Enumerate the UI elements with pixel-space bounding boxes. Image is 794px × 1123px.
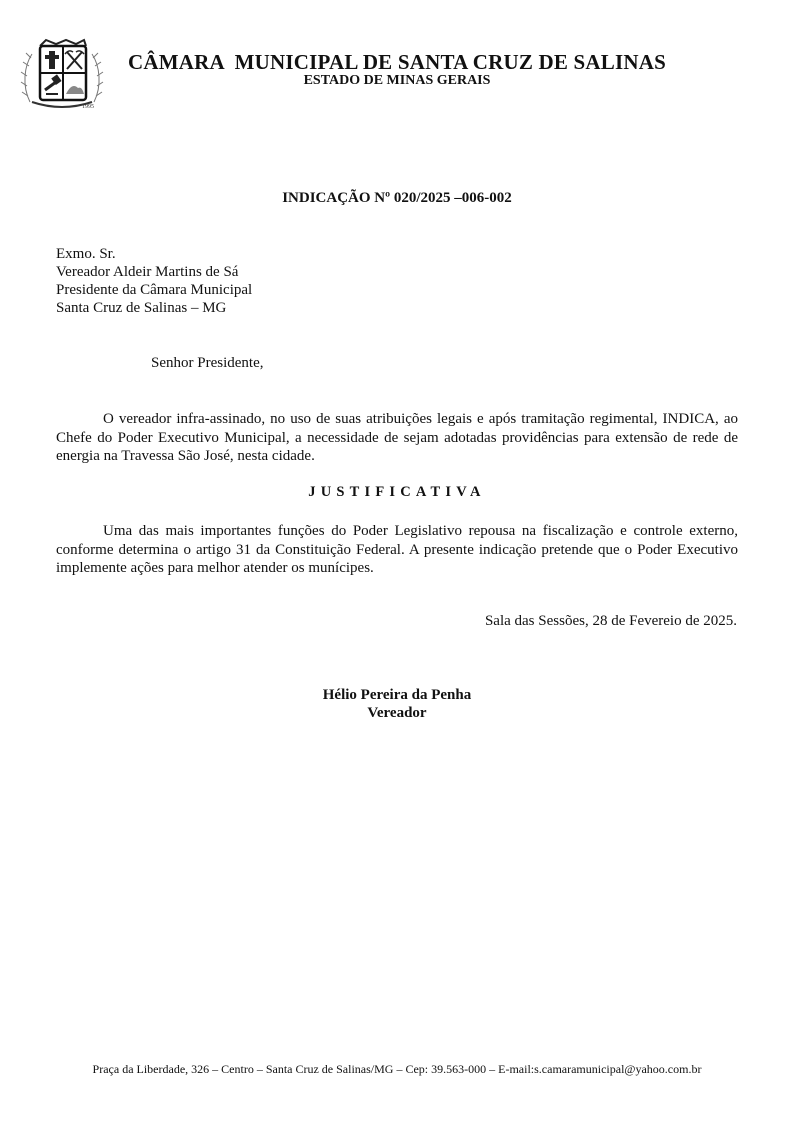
signatory-role: Vereador [56,705,738,722]
body-paragraph: O vereador infra-assinado, no uso de sua… [56,410,738,466]
state-name: ESTADO DE MINAS GERAIS [100,73,694,89]
justification-heading: JUSTIFICATIVA [56,484,738,501]
document-title: INDICAÇÃO Nº 020/2025 –006-002 [56,190,738,207]
address-line-salutation: Exmo. Sr. [56,245,116,263]
chamber-name: CÂMARA MUNICIPAL DE SANTA CRUZ DE SALINA… [100,50,694,75]
coat-of-arms-icon: 1995 [20,36,104,112]
address-line-position: Presidente da Câmara Municipal [56,281,252,299]
footer-address: Praça da Liberdade, 326 – Centro – Santa… [40,1062,754,1077]
address-line-recipient: Vereador Aldeir Martins de Sá [56,263,238,281]
address-line-location: Santa Cruz de Salinas – MG [56,299,226,317]
svg-text:1995: 1995 [82,104,94,110]
signatory-name: Hélio Pereira da Penha [56,687,738,704]
date-line: Sala das Sessões, 28 de Fevereio de 2025… [485,613,737,630]
justification-paragraph: Uma das mais importantes funções do Pode… [56,522,738,578]
greeting: Senhor Presidente, [151,355,263,372]
